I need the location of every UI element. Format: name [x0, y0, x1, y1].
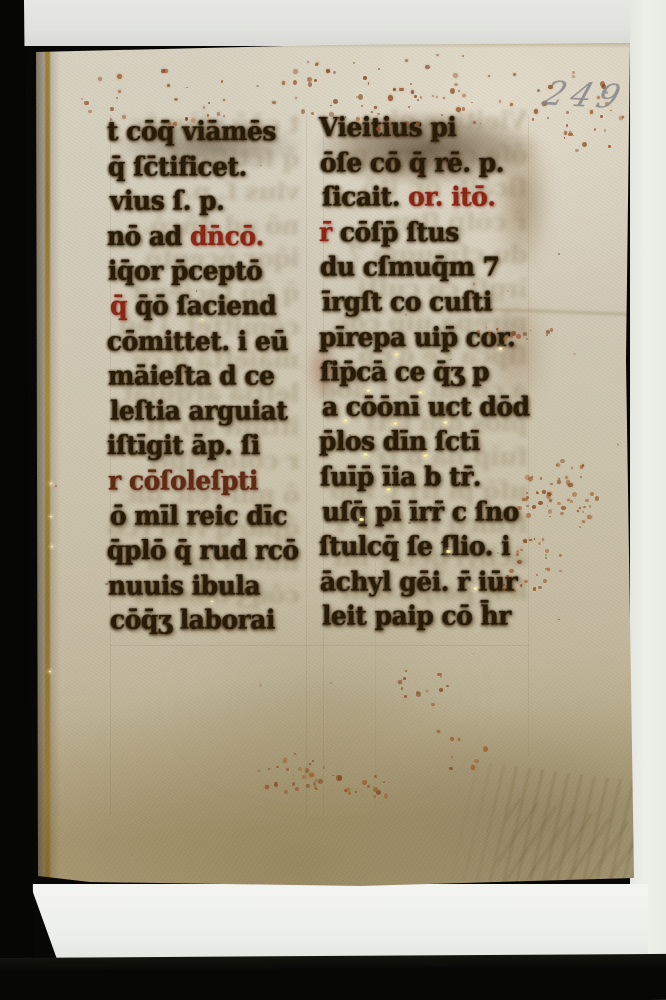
gloss-glint — [417, 390, 424, 395]
foxing-spot — [393, 88, 396, 91]
text-line: ſip̄cā ce q̄ʒ p — [320, 354, 536, 389]
foxing-spot — [582, 464, 585, 467]
gloss-glint — [210, 600, 214, 603]
foxing-spot — [545, 568, 548, 571]
foxing-spot — [425, 65, 430, 69]
text-line: āchyl gēi. r̄ iūr — [320, 564, 536, 599]
foxing-spot — [276, 766, 278, 768]
foxing-spot — [417, 99, 419, 101]
gloss-glint — [392, 421, 399, 426]
foxing-spot — [550, 483, 553, 486]
text-line: r cōſoleſpti — [108, 463, 312, 498]
foxing-spot — [414, 95, 417, 98]
text-column-right: Vieitius piōſe cō q̄ rē. p.ſicait. or. i… — [320, 110, 536, 634]
gloss-glint — [442, 420, 449, 425]
foxing-spot — [295, 787, 299, 791]
foxing-spot — [81, 98, 83, 100]
foxing-spot — [575, 149, 580, 153]
foxing-spot — [483, 746, 488, 752]
gloss-glint — [362, 452, 369, 457]
foxing-spot — [186, 87, 188, 89]
foxing-spot — [545, 554, 547, 556]
foxing-spot — [538, 586, 541, 589]
foxing-spot — [579, 526, 581, 528]
foxing-spot — [558, 253, 560, 256]
foxing-spot — [256, 85, 259, 88]
foxing-spot — [363, 76, 367, 80]
foxing-spot — [410, 83, 412, 85]
foxing-spot — [446, 685, 448, 687]
foxing-spot — [548, 493, 551, 496]
foxing-spot — [540, 477, 543, 480]
gloss-glint — [365, 388, 372, 393]
foxing-spot — [577, 510, 579, 512]
foxing-spot — [558, 478, 560, 480]
text-line: q̄ q̄ō ſaciend — [110, 289, 314, 324]
foxing-spot — [313, 782, 317, 786]
text-line: q̄plō q̄ rud rcō — [107, 533, 311, 568]
foxing-spot — [376, 790, 381, 795]
foxing-spot — [570, 500, 573, 503]
foxing-spot — [118, 90, 121, 93]
foxing-spot — [458, 738, 460, 741]
foxing-spot — [362, 780, 367, 784]
foxing-spot — [308, 82, 312, 87]
foxing-spot — [546, 334, 548, 336]
foxing-spot — [356, 96, 358, 98]
gloss-glint — [445, 549, 452, 554]
foxing-spot — [367, 785, 370, 788]
foxing-spot — [98, 77, 102, 81]
foxing-spot — [538, 501, 543, 505]
foxing-spot — [314, 786, 317, 789]
foxing-spot — [573, 353, 576, 355]
foxing-spot — [431, 703, 435, 706]
text-line: cōmittet. i eū — [107, 324, 311, 359]
foxing-spot — [543, 579, 547, 583]
foxing-spot — [454, 83, 458, 87]
foxing-spot — [174, 98, 178, 101]
foxing-spot — [274, 782, 278, 787]
gloss-glint — [50, 545, 54, 548]
mat-strip-top — [24, 0, 666, 46]
text-line: Vieitius pi — [319, 110, 535, 145]
foxing-spot — [473, 653, 475, 654]
foxing-spot — [161, 69, 165, 73]
foxing-spot — [547, 568, 550, 572]
text-line: iſtīgit āp. ſi — [107, 428, 311, 463]
foxing-spot — [450, 737, 454, 741]
foxing-spot — [566, 480, 571, 485]
foxing-spot — [451, 756, 454, 759]
foxing-spot — [282, 81, 286, 85]
text-line: uſq̄ pī īrr̄ c ſno — [322, 494, 538, 529]
foxing-spot — [547, 505, 549, 507]
foxing-spot — [542, 538, 545, 541]
foxing-spot — [572, 492, 577, 497]
foxing-spot — [309, 763, 311, 765]
foxing-spot — [307, 61, 309, 63]
text-line: cōq̄ʒ laborai — [110, 603, 314, 638]
foxing-spot — [88, 110, 92, 113]
foxing-spot — [560, 512, 564, 515]
foxing-spot — [547, 492, 552, 496]
foxing-spot — [583, 506, 586, 508]
text-line: iq̄or p̄ceptō — [108, 254, 312, 289]
foxing-spot — [336, 775, 341, 781]
text-line: vius ſ. p. — [110, 184, 314, 219]
foxing-spot — [84, 101, 89, 105]
slide-photograph: t cōq̄ viāmēsq̄ ſc̄tificet.vius ſ. p.nō … — [0, 0, 666, 1000]
foxing-spot — [420, 96, 423, 99]
foxing-spot — [293, 774, 295, 776]
foxing-spot — [573, 135, 575, 137]
foxing-spot — [378, 68, 380, 70]
foxing-spot — [436, 54, 438, 56]
foxing-spot — [545, 549, 550, 553]
text-column-left: t cōq̄ viāmēsq̄ ſc̄tificet.vius ſ. p.nō … — [108, 114, 312, 638]
foxing-spot — [265, 785, 269, 790]
foxing-spot — [309, 773, 314, 777]
foxing-spot — [608, 145, 611, 148]
text-line: īrgſt co cuſti — [322, 285, 538, 320]
foxing-spot — [259, 684, 262, 686]
foxing-spot — [557, 480, 561, 484]
foxing-spot — [556, 464, 558, 466]
foxing-spot — [536, 574, 538, 576]
foxing-spot — [549, 516, 551, 518]
foxing-spot — [383, 781, 385, 783]
foxing-spot — [565, 476, 568, 479]
foxing-spot — [542, 490, 546, 494]
foxing-spot — [449, 767, 453, 770]
gloss-glint — [342, 418, 349, 423]
foxing-spot — [315, 63, 318, 67]
foxing-spot — [546, 330, 549, 334]
foxing-spot — [315, 779, 318, 782]
foxing-spot — [437, 673, 441, 677]
foxing-spot — [548, 509, 552, 514]
foxing-spot — [399, 88, 404, 92]
foxing-spot — [587, 515, 591, 519]
foxing-spot — [316, 62, 319, 64]
foxing-spot — [293, 69, 298, 74]
foxing-spot — [579, 507, 581, 510]
text-line: leſtia arguiat — [110, 393, 314, 428]
gloss-glint — [497, 346, 504, 351]
foxing-spot — [268, 768, 270, 770]
text-line: māieſta d ce — [108, 358, 312, 393]
foxing-spot — [567, 499, 570, 502]
foxing-spot — [307, 77, 312, 82]
foxing-spot — [333, 71, 336, 74]
foxing-spot — [301, 109, 305, 114]
foxing-spot — [471, 102, 473, 103]
text-line: ſicait. or. itō. — [322, 180, 538, 215]
foxing-spot — [558, 619, 560, 621]
foxing-spot — [294, 753, 296, 755]
text-line: ſuīp̄ īia b tr̄. — [320, 459, 536, 494]
foxing-spot — [604, 129, 606, 131]
gloss-glint — [200, 318, 204, 321]
text-line: nō ad dn̄cō. — [107, 219, 311, 254]
foxing-spot — [595, 496, 599, 501]
foxing-spot — [561, 506, 565, 510]
foxing-spot — [355, 791, 357, 793]
foxing-spot — [223, 99, 226, 101]
foxing-spot — [411, 90, 415, 94]
foxing-spot — [564, 137, 566, 139]
foxing-spot — [488, 75, 490, 77]
gloss-glint — [48, 670, 52, 673]
text-line: du cſmuq̄m 7 — [320, 250, 536, 285]
foxing-spot — [580, 465, 583, 469]
foxing-spot — [167, 84, 170, 87]
text-line: a cōōnī uct dōd — [322, 389, 538, 424]
slide-mount-bottom-band — [0, 954, 666, 1000]
foxing-spot — [568, 133, 573, 137]
text-line: r̄ cōſp̄ ſtus — [319, 215, 535, 250]
foxing-spot — [560, 459, 565, 464]
foxing-spot — [432, 95, 434, 98]
text-line: ſtulcq̄ ſe ſlio. i — [319, 529, 535, 564]
foxing-spot — [546, 494, 551, 500]
foxing-spot — [258, 770, 260, 772]
foxing-spot — [405, 59, 408, 62]
foxing-spot — [571, 467, 573, 469]
foxing-spot — [388, 95, 393, 100]
slide-mount-left-band — [0, 0, 40, 1000]
foxing-spot — [344, 789, 347, 792]
text-line: t cōq̄ viāmēs — [107, 114, 311, 149]
foxing-spot — [292, 782, 295, 785]
foxing-spot — [536, 491, 538, 493]
text-line: q̄ ſc̄tificet. — [108, 149, 312, 184]
foxing-spot — [318, 779, 323, 784]
foxing-spot — [453, 73, 458, 78]
foxing-spot — [403, 677, 406, 680]
foxing-spot — [293, 80, 298, 86]
ruling-line-horizontal — [110, 645, 530, 646]
foxing-spot — [426, 690, 429, 692]
foxing-spot — [589, 505, 592, 507]
gloss-glint — [358, 517, 365, 522]
foxing-spot — [458, 90, 460, 92]
gloss-glint — [393, 352, 400, 357]
foxing-spot — [537, 89, 540, 92]
foxing-spot — [384, 793, 389, 799]
foxing-spot — [556, 463, 561, 467]
foxing-spot — [208, 102, 210, 104]
foxing-spot — [440, 676, 442, 678]
text-line: leit paip cō h̄r — [322, 599, 538, 634]
foxing-spot — [163, 69, 168, 74]
foxing-spot — [348, 792, 351, 795]
foxing-spot — [326, 69, 330, 73]
foxing-spot — [416, 692, 421, 697]
text-line: ō mīl reic dīc — [110, 498, 314, 533]
foxing-spot — [557, 502, 561, 505]
foxing-spot — [332, 775, 334, 777]
foxing-spot — [295, 97, 297, 99]
foxing-spot — [443, 97, 445, 99]
foxing-spot — [314, 79, 317, 82]
foxing-spot — [582, 511, 584, 513]
foxing-spot — [404, 695, 407, 698]
foxing-spot — [439, 688, 443, 692]
foxing-spot — [312, 760, 314, 762]
gutter-fold-glue-line — [45, 40, 50, 892]
foxing-spot — [416, 691, 420, 694]
foxing-spot — [283, 758, 288, 763]
foxing-spot — [436, 96, 439, 98]
foxing-spot — [401, 687, 403, 690]
foxing-spot — [221, 80, 224, 83]
foxing-spot — [545, 557, 548, 559]
foxing-spot — [405, 670, 407, 672]
foxing-spot — [346, 788, 350, 792]
foxing-spot — [450, 88, 455, 94]
foxing-spot — [353, 62, 355, 64]
folio-number: 249 — [534, 74, 640, 131]
manuscript-page: t cōq̄ viāmēsq̄ ſc̄tificet.vius ſ. p.nō … — [30, 40, 634, 892]
foxing-spot — [568, 483, 572, 487]
foxing-spot — [590, 492, 595, 496]
foxing-spot — [617, 443, 620, 446]
foxing-spot — [585, 499, 589, 502]
foxing-spot — [315, 788, 317, 791]
foxing-spot — [437, 730, 440, 733]
foxing-spot — [580, 476, 582, 478]
text-line: ōſe cō q̄ rē. p. — [320, 145, 536, 180]
foxing-spot — [499, 100, 501, 102]
text-line: nuuis ibula — [108, 568, 312, 603]
foxing-spot — [117, 74, 122, 80]
foxing-spot — [559, 554, 562, 557]
foxing-spot — [559, 570, 561, 572]
foxing-spot — [272, 101, 276, 105]
gloss-glint — [472, 586, 479, 591]
foxing-spot — [116, 97, 118, 99]
foxing-spot — [550, 328, 553, 332]
foxing-spot — [547, 492, 550, 495]
foxing-spot — [338, 775, 343, 781]
foxing-spot — [513, 73, 516, 76]
mat-strip-bottom — [30, 884, 648, 962]
foxing-spot — [330, 682, 332, 684]
foxing-spot — [398, 680, 402, 685]
gloss-glint — [385, 487, 392, 492]
foxing-spot — [462, 94, 466, 97]
foxing-spot — [569, 131, 573, 135]
foxing-spot — [368, 82, 370, 84]
foxing-spot — [582, 520, 585, 523]
foxing-spot — [462, 55, 464, 57]
foxing-spot — [582, 142, 587, 147]
gloss-glint — [49, 482, 53, 485]
foxing-spot — [298, 767, 302, 771]
foxing-spot — [538, 542, 541, 545]
gloss-glint — [422, 453, 429, 458]
foxing-spot — [284, 790, 288, 794]
foxing-spot — [549, 499, 552, 502]
foxing-spot — [286, 768, 290, 771]
foxing-spot — [564, 131, 567, 135]
foxing-spot — [358, 94, 363, 100]
mat-strip-right — [630, 0, 666, 1000]
gloss-glint — [49, 515, 53, 518]
